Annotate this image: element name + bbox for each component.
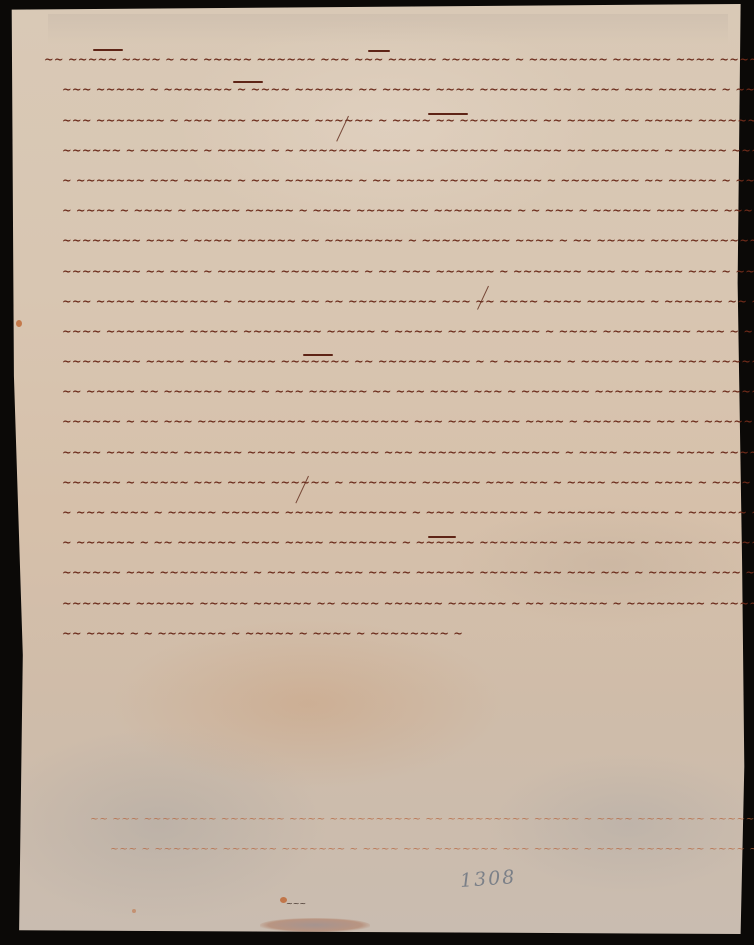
text-line: ~~~~~~~ ~~~~~~ ~~~~~ ~~~~~~ ~~ ~~~~ ~~~~… <box>48 579 718 609</box>
text-line: ~~ ~~~~~ ~~ ~~~~~~ ~~~ ~ ~~~ ~~~~~~ ~~ ~… <box>48 368 718 398</box>
charter-main-text: ~~ ~~~~~ ~~~~ ~ ~~ ~~~~~ ~~~~~~ ~~~ ~~~ … <box>48 36 718 640</box>
abbreviation-mark <box>93 49 123 51</box>
text-line: ~~~~~~ ~ ~~ ~~~ ~~~~~~~~~~~ ~~~~~~~~~~ ~… <box>48 398 718 428</box>
bottom-note: ~~~ <box>286 899 306 908</box>
ink-spot <box>132 909 136 913</box>
text-line: ~~~ ~~~~~ ~ ~~~~~~~ ~ ~~~~ ~~~~~~ ~~ ~~~… <box>48 66 718 96</box>
text-line: ~ ~~~~ ~ ~~~~ ~ ~~~~~ ~~~~~ ~ ~~~~ ~~~~~… <box>48 187 718 217</box>
text-line: ~~~~ ~~~~~~~~ ~~~~~ ~~~~~~~~ ~~~~~ ~ ~~~… <box>48 308 718 338</box>
text-line: ~~~ ~~~~ ~~~~~~~~ ~ ~~~~~~ ~~ ~~ ~~~~~~~… <box>48 278 718 308</box>
text-line: ~~~~~~~~ ~~ ~~~ ~ ~~~~~~ ~~~~~~~~ ~ ~~ ~… <box>48 247 718 277</box>
text-line: ~~~~~~~~ ~~~~ ~~~ ~ ~~~~ ~~~~~~~ ~~ ~~~~… <box>48 338 718 368</box>
abbreviation-mark <box>233 81 263 83</box>
abbreviation-mark <box>428 113 468 115</box>
text-line: ~~~ ~~~~~~~ ~ ~~~ ~~~ ~~~~~~ ~~~~~~ ~ ~~… <box>48 96 718 126</box>
text-line: ~~~~~~ ~~~ ~~~~~~~~~ ~ ~~~ ~~~ ~~~ ~~ ~~… <box>48 549 718 579</box>
text-line: ~ ~~~~~~~ ~~~ ~~~~~ ~ ~~~ ~~~~~~~ ~ ~~ ~… <box>48 157 718 187</box>
text-line: ~~~~~~~~ ~~~ ~ ~~~~ ~~~~~~ ~~ ~~~~~~~~ ~… <box>48 217 718 247</box>
subscription-text: ~~ ~~~ ~~~~~~~~ ~~~~~~~ ~~~~ ~~~~~~~~~~ … <box>90 795 730 855</box>
text-line: ~~~~~~ ~ ~~~~~~ ~ ~~~~~ ~ ~ ~~~~~~~ ~~~~… <box>48 127 718 157</box>
text-line: ~~ ~~~~ ~ ~ ~~~~~~~ ~ ~~~~~ ~ ~~~~ ~ ~~~… <box>48 610 718 640</box>
subscription-line: ~~ ~~~ ~~~~~~~~ ~~~~~~~ ~~~~ ~~~~~~~~~~ … <box>90 795 730 825</box>
text-line: ~~~~ ~~~ ~~~~ ~~~~~~ ~~~~~ ~~~~~~~~ ~~~ … <box>48 428 718 458</box>
archive-number: 1308 <box>459 866 517 892</box>
text-line: ~ ~~~~~~ ~ ~~ ~~~~~~ ~~~~ ~~~~ ~~~~~~~ ~… <box>48 519 718 549</box>
text-line: ~~~~~~ ~ ~~~~~ ~~~ ~~~~ ~~~~~~ ~ ~~~~~~~… <box>48 459 718 489</box>
subscription-line: ~~~ ~ ~~~~~~~ ~~~~~~ ~~~~~~~ ~ ~~~~ ~~~ … <box>90 825 730 855</box>
abbreviation-mark <box>303 354 333 356</box>
bottom-edge-stain <box>260 918 370 932</box>
ink-spot <box>16 320 22 327</box>
abbreviation-mark <box>368 50 390 52</box>
abbreviation-mark <box>428 536 456 538</box>
text-line: ~ ~~~ ~~~~ ~ ~~~~~ ~~~~~~ ~~~~~ ~~~~~~~ … <box>48 489 718 519</box>
